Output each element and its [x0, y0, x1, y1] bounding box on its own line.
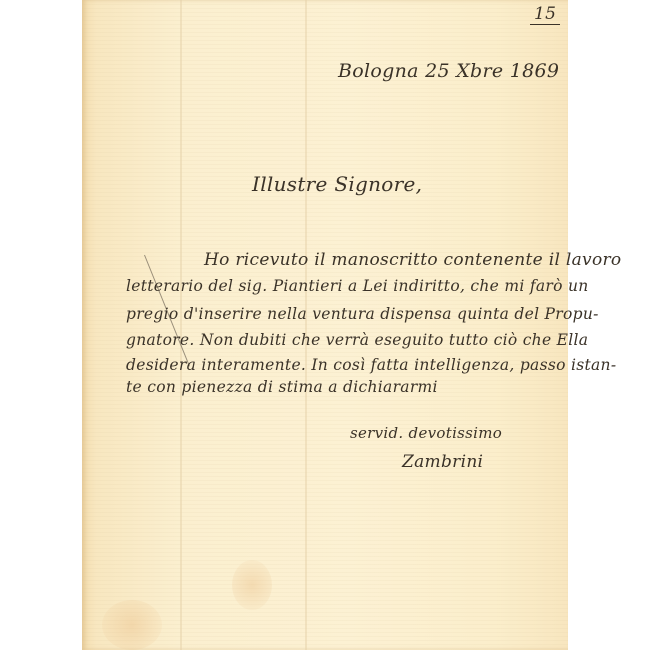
body-line: desidera interamente. In così fatta inte…	[126, 356, 616, 374]
paper-stain	[232, 560, 272, 610]
folio-number: 15	[530, 4, 560, 25]
paper-fold-line	[305, 0, 307, 650]
body-line: letterario del sig. Piantieri a Lei indi…	[126, 277, 589, 295]
place-date: Bologna 25 Xbre 1869	[338, 60, 559, 82]
paper-fold-line	[180, 0, 182, 650]
paper-stain	[102, 600, 162, 650]
body-line: te con pienezza di stima a dichiararmi	[126, 378, 438, 396]
signature: Zambrini	[402, 452, 483, 472]
closing-formula: servid. devotissimo	[350, 424, 502, 442]
body-line: gnatore. Non dubiti che verrà eseguito t…	[126, 331, 588, 349]
letter-page: 15 Bologna 25 Xbre 1869 Illustre Signore…	[82, 0, 568, 650]
body-line: pregio d'inserire nella ventura dispensa…	[126, 305, 599, 323]
salutation: Illustre Signore,	[252, 172, 422, 196]
body-line: Ho ricevuto il manoscritto contenente il…	[204, 250, 621, 270]
